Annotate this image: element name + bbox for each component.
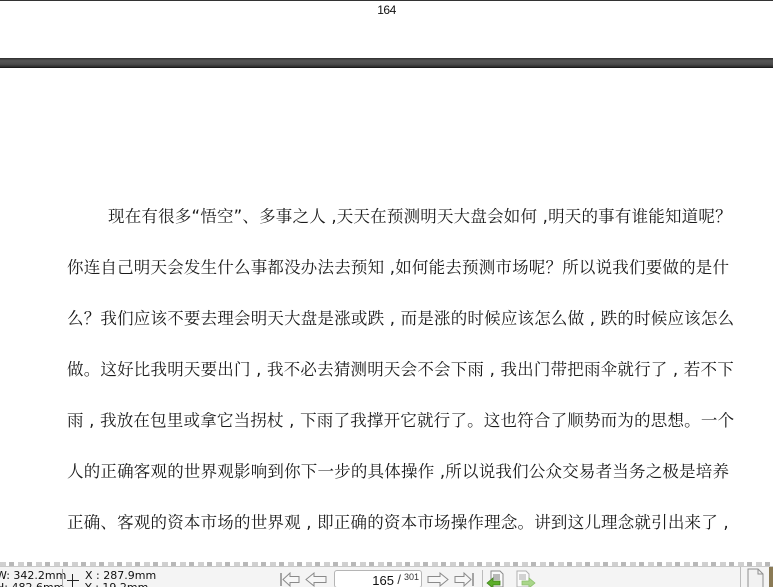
single-page-icon [746, 568, 766, 587]
text-line: 么？我们应该不要去理会明天大盘是涨或跌 , 而是涨的时候应该怎么做 , 跌的时候… [67, 306, 747, 357]
total-pages: 301 [404, 572, 419, 582]
text-line: 做。这好比我明天要出门 , 我不必去猜测明天会不会下雨 , 我出门带把雨伞就行了… [67, 357, 747, 408]
back-view-button[interactable] [486, 570, 508, 587]
page-separator-slash: / [397, 572, 401, 587]
text-line: 正确、客观的资本市场的世界观 , 即正确的资本市场操作理念。讲到这儿理念就引出来… [67, 510, 747, 561]
current-page-number[interactable]: 165 [372, 573, 394, 587]
previous-page-number: 164 [0, 3, 773, 17]
status-divider [62, 569, 63, 587]
page-number-input[interactable]: 165 / 301 [334, 570, 422, 587]
side-panel-edge [769, 567, 773, 587]
next-page-button[interactable] [426, 571, 450, 587]
text-line: 你连自己明天会发生什么事都没办法去预知 ,如何能去预测市场呢？所以说我们要做的是… [67, 255, 747, 306]
back-view-icon [486, 570, 508, 587]
page-paragraph: 现在有很多“悟空”、多事之人 ,天天在预测明天大盘会如何 ,明天的事有谁能知道呢… [67, 204, 747, 561]
first-page-icon [278, 571, 302, 587]
page-layout-button[interactable] [746, 568, 766, 587]
cursor-y-readout: Y : 19.2mm [85, 581, 148, 587]
forward-view-button[interactable] [514, 570, 536, 587]
status-divider [740, 567, 741, 587]
page-separator [0, 58, 773, 68]
crosshair-icon [67, 574, 79, 587]
last-page-icon [452, 571, 476, 587]
text-line: 雨 , 我放在包里或拿它当拐杖 , 下雨了我撑开它就行了。这也符合了顺势而为的思… [67, 408, 747, 459]
text-line: 现在有很多“悟空”、多事之人 ,天天在预测明天大盘会如何 ,明天的事有谁能知道呢… [67, 204, 747, 255]
last-page-button[interactable] [452, 571, 476, 587]
previous-page-button[interactable] [304, 571, 328, 587]
next-page-icon [426, 571, 450, 587]
previous-page-bottom: 164 [0, 1, 773, 58]
toolbar-divider [482, 570, 483, 587]
status-bar: W: 342.2mm H: 482.6mm X : 287.9mm Y : 19… [0, 566, 773, 587]
forward-view-icon [514, 570, 536, 587]
first-page-button[interactable] [278, 571, 302, 587]
page-height-readout: H: 482.6mm [0, 581, 64, 587]
text-line: 人的正确客观的世界观影响到你下一步的具体操作 ,所以说我们公众交易者当务之极是培… [67, 459, 747, 510]
previous-page-icon [304, 571, 328, 587]
current-page: 现在有很多“悟空”、多事之人 ,天天在预测明天大盘会如何 ,明天的事有谁能知道呢… [0, 68, 773, 565]
